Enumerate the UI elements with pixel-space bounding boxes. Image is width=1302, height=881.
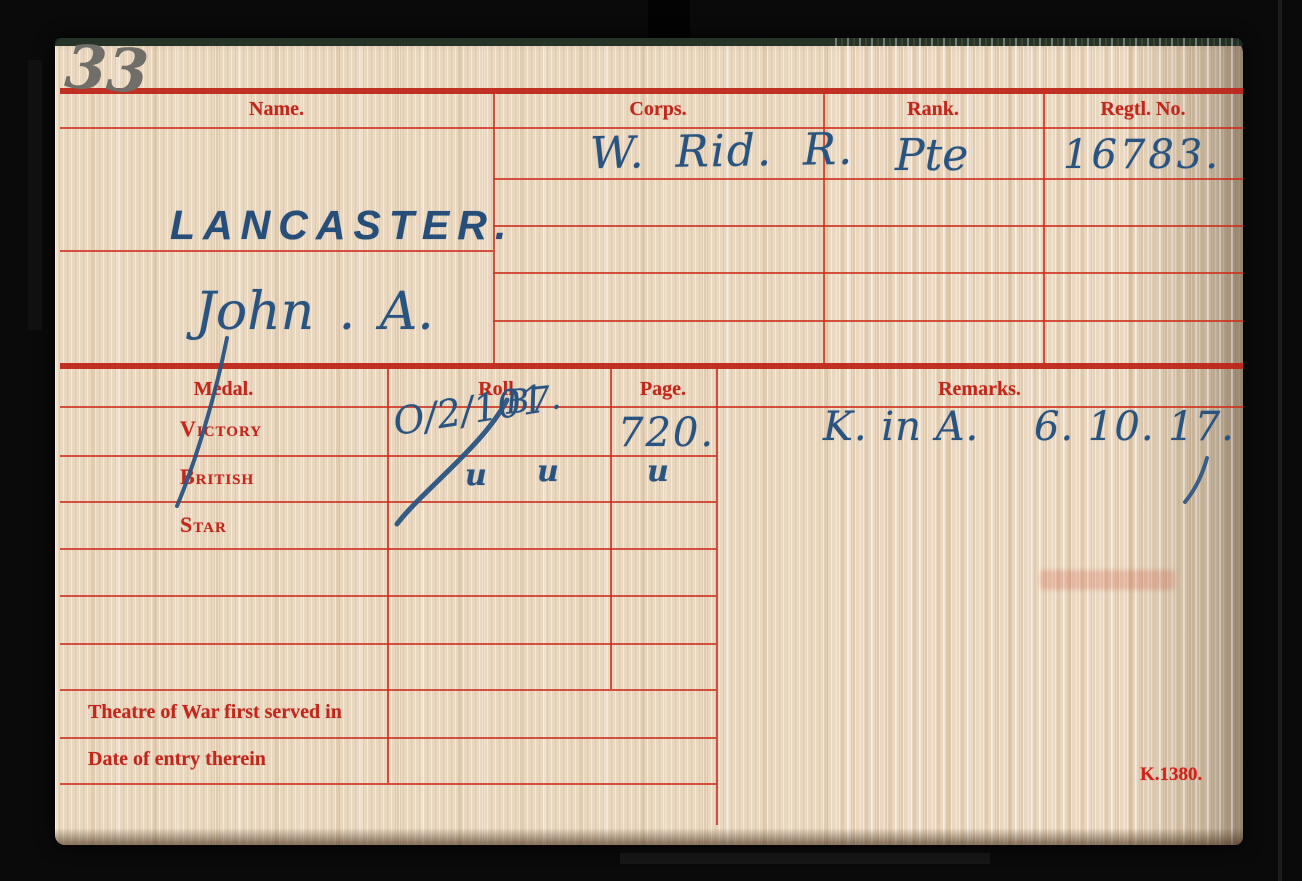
rule-line-vertical <box>716 369 718 825</box>
card-top-edge <box>55 38 1243 46</box>
scan-artifact <box>28 60 42 330</box>
scan-artifact <box>648 0 690 38</box>
card-bottom-edge <box>55 828 1243 845</box>
page-value: 720. <box>618 410 715 456</box>
roll-suffix-value: B7. <box>503 377 563 422</box>
page-column-header: Page. <box>610 378 716 401</box>
rule-line-horizontal <box>493 225 1243 227</box>
rule-line-horizontal <box>493 272 1243 274</box>
remarks-value: K. in A. 6. 10. 17. <box>823 404 1235 450</box>
theatre-of-war-label: Theatre of War first served in <box>88 701 342 724</box>
stamp-bleedthrough <box>1040 570 1175 590</box>
surname-value: LANCASTER. <box>170 202 514 249</box>
scan-artifact <box>1278 0 1282 881</box>
regtl-no-column-header: Regtl. No. <box>1043 98 1243 121</box>
remarks-column-header: Remarks. <box>716 378 1243 401</box>
medal-star-label: Star <box>180 512 227 538</box>
rule-line-horizontal <box>60 783 716 785</box>
rank-column-header: Rank. <box>823 98 1043 121</box>
medal-index-card: Name. Corps. Rank. Regtl. No. Medal. Rol… <box>55 38 1243 845</box>
ditto-mark: u <box>537 454 559 489</box>
rule-line-vertical <box>1043 88 1045 363</box>
regtl-no-value: 16783. <box>1063 132 1221 178</box>
ditto-mark: u <box>465 458 487 493</box>
medal-column-header: Medal. <box>60 378 387 401</box>
rule-line-horizontal <box>60 363 1243 369</box>
rule-line-horizontal <box>493 320 1243 322</box>
rule-line-horizontal <box>60 250 493 252</box>
medal-british-label: British <box>180 464 254 490</box>
scan-artifact <box>620 853 990 864</box>
medal-victory-label: Victory <box>180 416 262 442</box>
corps-column-header: Corps. <box>493 98 823 121</box>
rule-line-vertical <box>387 369 389 783</box>
rule-line-vertical <box>610 369 612 689</box>
pen-stroke-seven-tail <box>1185 458 1207 502</box>
date-of-entry-label: Date of entry therein <box>88 748 266 771</box>
corps-value: W. Rid. R. <box>590 124 855 180</box>
rule-line-horizontal <box>60 88 1243 94</box>
index-number: 33 <box>63 37 150 103</box>
rank-value: Pte <box>895 130 968 181</box>
form-number: K.1380. <box>1140 764 1202 786</box>
scanned-document-background: Name. Corps. Rank. Regtl. No. Medal. Rol… <box>0 0 1302 881</box>
ditto-mark: u <box>647 454 669 489</box>
forenames-value: John . A. <box>195 282 434 342</box>
